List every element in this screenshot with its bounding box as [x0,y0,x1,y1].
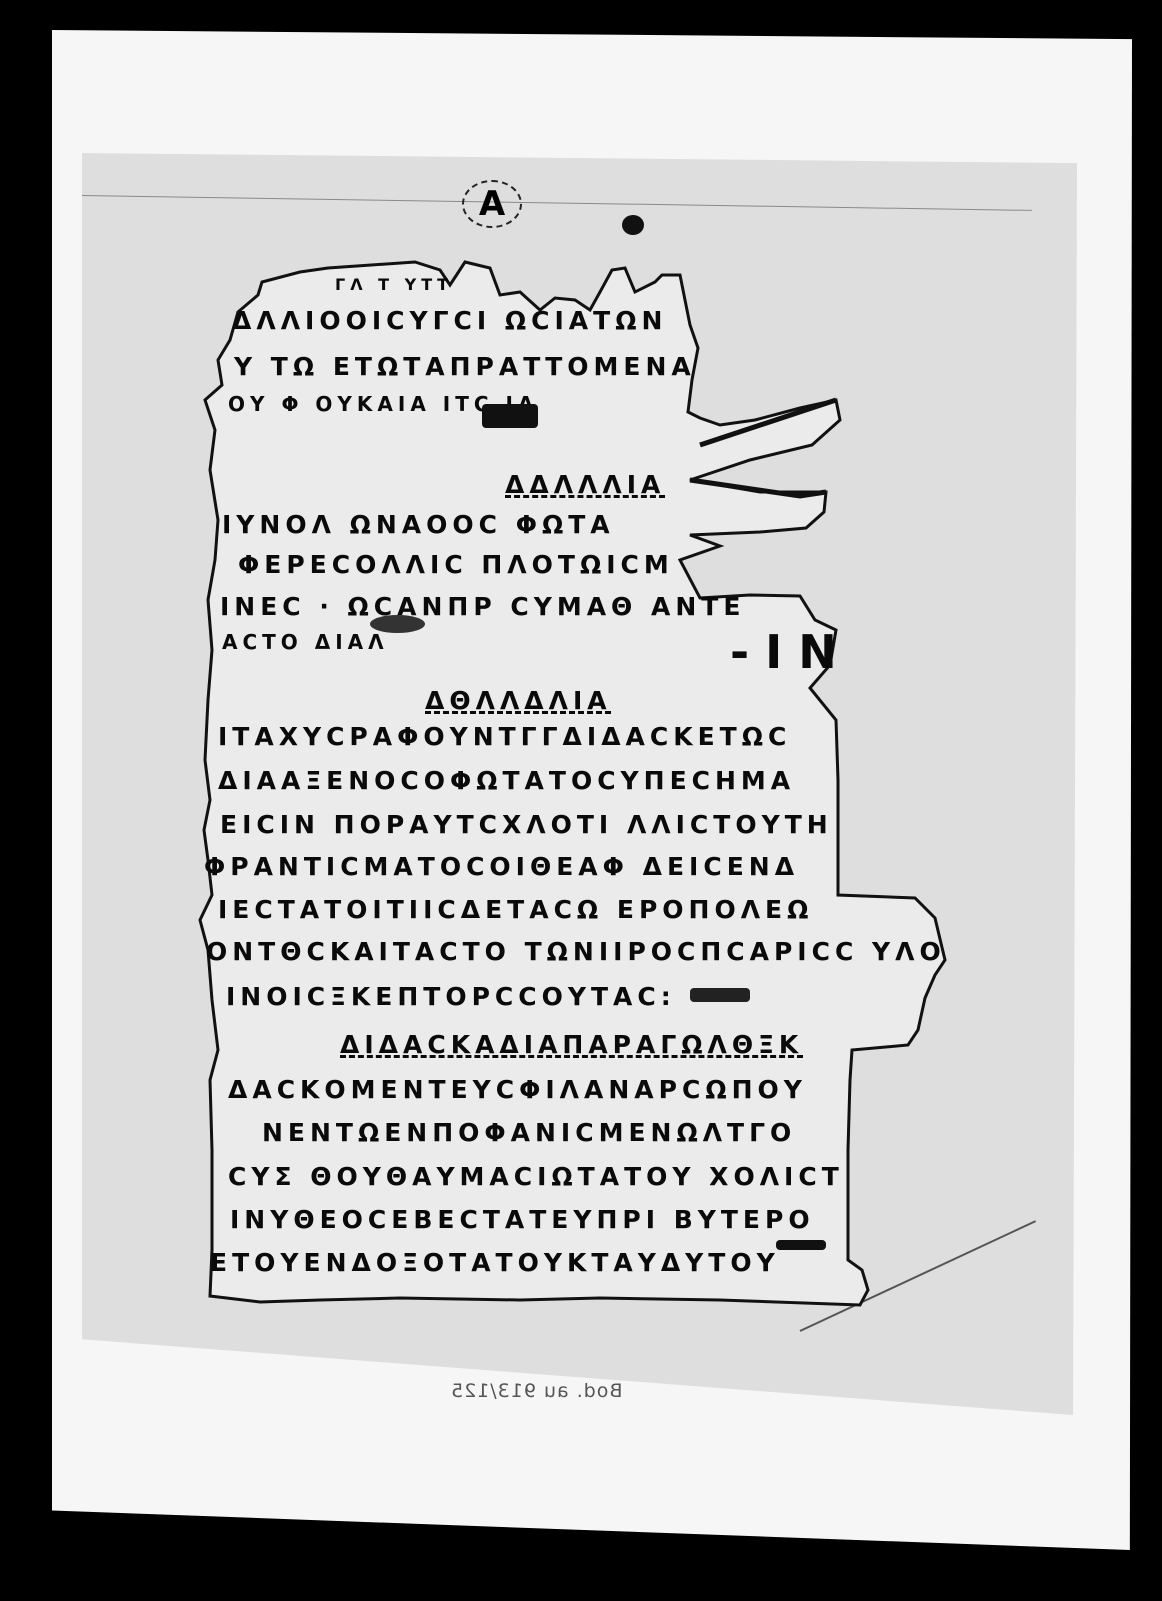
text-line: ΔΛΛΙΟΟΙϹΥΓϹΙ ΩϹΙΑΤΩΝ [232,306,667,335]
ink-smudge [776,1240,826,1250]
section-heading: ΔΘΛΛΔΛΙΑ [425,686,612,715]
text-line: ΙΕϹΤΑΤΟΙΤΙΙϹΔΕΤΑϹΩ ΕΡΟΠΟΛΕΩ [218,895,813,924]
ink-smudge [690,988,750,1002]
ink-smudge [370,615,425,633]
text-line: ΦΕΡΕϹΟΛΛΙϹ ΠΛΟΤΩΙϹΜ [238,550,674,579]
text-line: ΝΕΝΤΩΕΝΠΟΦΑΝΙϹΜΕΝΩΛΤΓΟ [262,1118,796,1147]
text-line: ΙΝΕϹ · ΩϹΑΝΠΡ ϹΥΜΑΘ ΑΝΤΕ [220,592,745,621]
text-line: ΙΝΥΘΕΟϹΕΒΕϹΤΑΤΕΥΠΡΙ ΒΥΤΕΡΟ [230,1205,815,1234]
text-line: ΕΤΟΥΕΝΔΟΞΟΤΑΤΟΥΚΤΑΥΔΥΤΟΥ [210,1248,780,1277]
shelfmark-mirrored: Bod. au 913/125 [450,1380,622,1402]
text-line: ΟΝΤΘϹΚΑΙΤΑϹΤΟ ΤΩΝΙΙΡΟϹΠϹΑΡΙϹϹ ΥΛΟ [206,937,946,966]
margin-note: - I N [730,625,837,679]
text-line: ΙΤΑΧΥϹΡΑΦΟΥΝΤΓΓΔΙΔΑϹΚΕΤΩϹ [218,722,791,751]
section-heading: ΔΙΔΑϹΚΑΔΙΑΠΑΡΑΓΩΛΘΞΚ [340,1030,803,1059]
text-line: ΙΝΟΙϹΞΚΕΠΤΟΡϹϹΟΥΤΑϹ: [226,982,676,1011]
text-line: ΓΛ Τ ΥΤΤ [335,275,453,294]
text-line: ϹΥΣ ΘΟΥΘΑΥΜΑϹΙΩΤΑΤΟΥ ΧΟΛΙϹΤ [228,1162,844,1191]
text-line: Υ ΤΩ ΕΤΩΤΑΠΡΑΤΤΟΜΕΝΑ [234,352,696,381]
text-line: ΦΡΑΝΤΙϹΜΑΤΟϹΟΙΘΕΑΦ ΔΕΙϹΕΝΔ [204,852,799,881]
papyrus-fragment [0,0,1162,1601]
ink-smudge [482,404,538,428]
text-line: ΔΙΑΑΞΕΝΟϹΟΦΩΤΑΤΟϹΥΠΕϹΗΜΑ [218,766,795,795]
text-line: ΙΥΝΟΛ ΩΝΑΟΟϹ ΦΩΤΑ [222,510,615,539]
text-line: ΕΙϹΙΝ ΠΟΡΑΥΤϹΧΛΟΤΙ ΛΛΙϹΤΟΥΤΗ [220,810,833,839]
section-heading: ΔΔΛΛΛΙΑ [505,470,665,499]
text-line: ΑϹΤΟ ΔΙΑΛ [222,630,389,654]
text-line: ΔΑϹΚΟΜΕΝΤΕΥϹΦΙΛΑΝΑΡϹΩΠΟΥ [228,1075,807,1104]
